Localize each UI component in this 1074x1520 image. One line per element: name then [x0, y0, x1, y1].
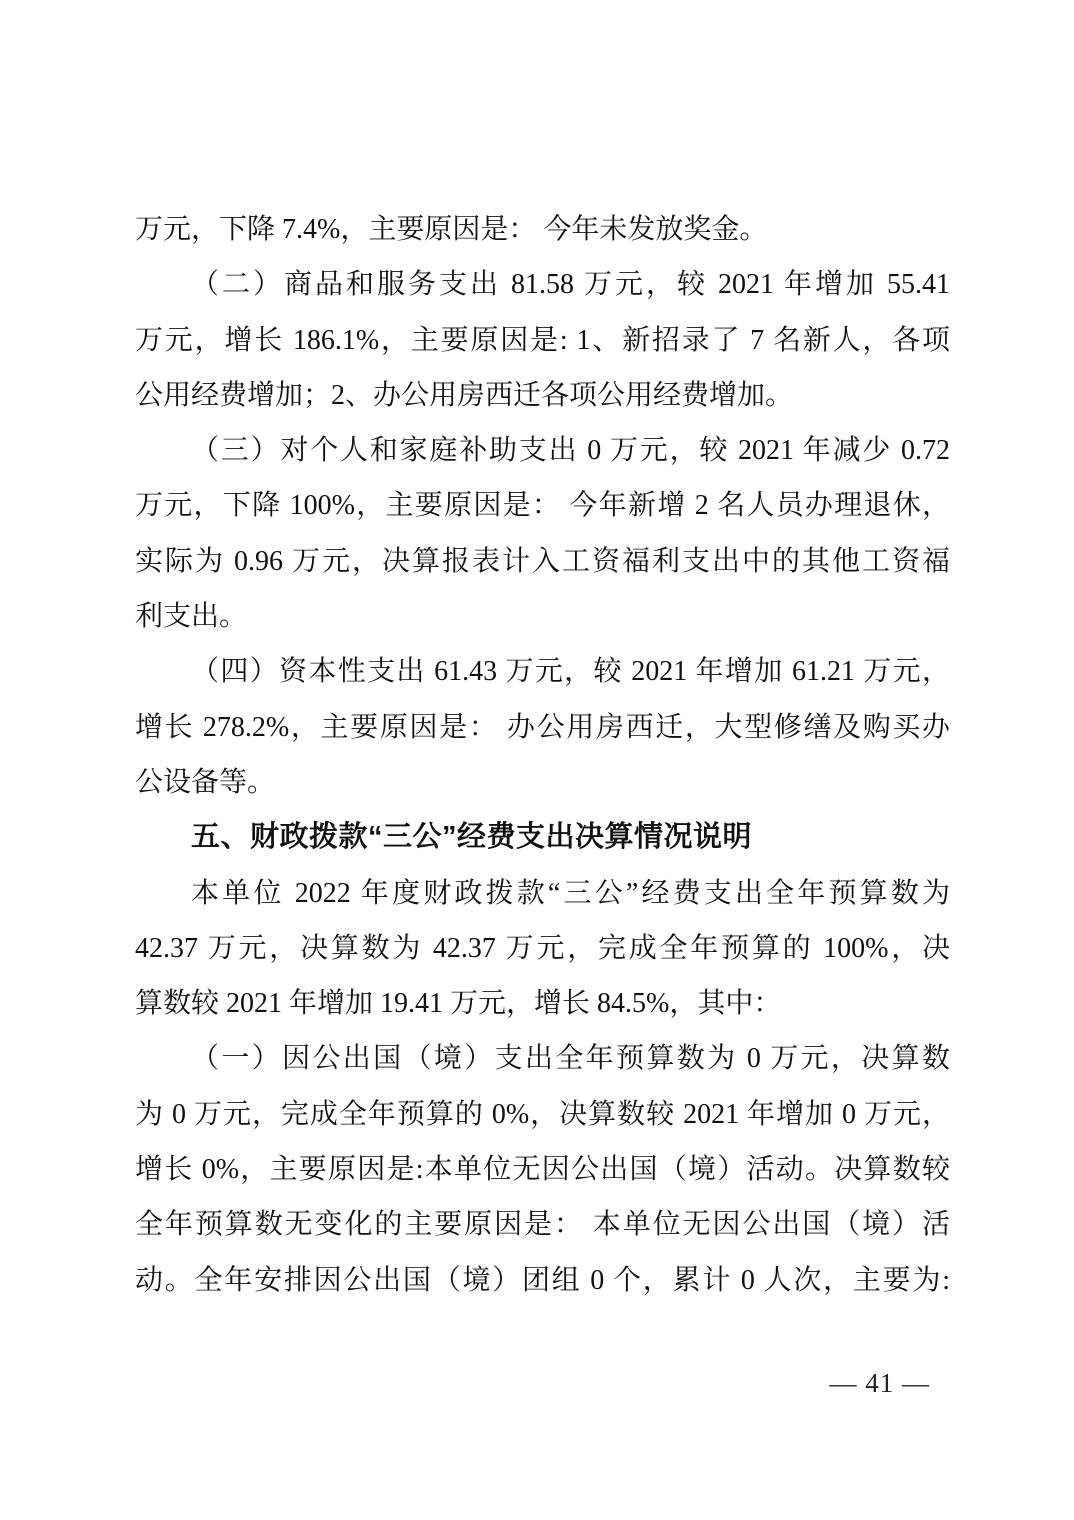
text-line: （一）因公出国（境）支出全年预算数为 0 万元，决算数	[135, 1031, 950, 1086]
text-line: 利支出。	[135, 589, 950, 644]
text-line: 公用经费增加；2、办公用房西迁各项公用经费增加。	[135, 368, 950, 423]
text-line: 公设备等。	[135, 755, 950, 810]
text-line: 动。全年安排因公出国（境）团组 0 个，累计 0 人次，主要为:	[135, 1253, 950, 1308]
text-line: 实际为 0.96 万元，决算报表计入工资福利支出中的其他工资福	[135, 534, 950, 589]
text-line: 全年预算数无变化的主要原因是： 本单位无因公出国（境）活	[135, 1197, 950, 1252]
section-heading: 五、财政拨款“三公”经费支出决算情况说明	[135, 810, 950, 865]
text-line: 增长 278.2%，主要原因是： 办公用房西迁，大型修缮及购买办	[135, 700, 950, 755]
text-line: （三）对个人和家庭补助支出 0 万元，较 2021 年减少 0.72	[135, 423, 950, 478]
page-number: — 41 —	[830, 1368, 931, 1398]
text-line: 算数较 2021 年增加 19.41 万元，增长 84.5%，其中：	[135, 976, 950, 1031]
text-line: 为 0 万元，完成全年预算的 0%，决算数较 2021 年增加 0 万元，	[135, 1087, 950, 1142]
text-line: （二）商品和服务支出 81.58 万元，较 2021 年增加 55.41	[135, 257, 950, 312]
text-line: 万元，下降 7.4%，主要原因是： 今年未发放奖金。	[135, 202, 950, 257]
text-line: 增长 0%，主要原因是:本单位无因公出国（境）活动。决算数较	[135, 1142, 950, 1197]
text-line: （四）资本性支出 61.43 万元，较 2021 年增加 61.21 万元，	[135, 644, 950, 699]
text-line: 万元，增长 186.1%，主要原因是: 1、新招录了 7 名新人，各项	[135, 313, 950, 368]
document-page: 万元，下降 7.4%，主要原因是： 今年未发放奖金。（二）商品和服务支出 81.…	[0, 0, 1074, 1520]
text-line: 42.37 万元，决算数为 42.37 万元，完成全年预算的 100%，决	[135, 921, 950, 976]
text-line: 本单位 2022 年度财政拨款“三公”经费支出全年预算数为	[135, 866, 950, 921]
text-line: 万元，下降 100%，主要原因是： 今年新增 2 名人员办理退休，	[135, 478, 950, 533]
document-body: 万元，下降 7.4%，主要原因是： 今年未发放奖金。（二）商品和服务支出 81.…	[135, 202, 950, 1308]
